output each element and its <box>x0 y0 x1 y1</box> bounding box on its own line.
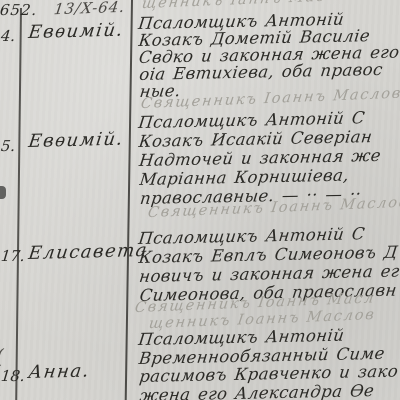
edge-stray-mark: ( <box>0 344 4 368</box>
baptized-name: Евѳимій. <box>27 20 125 44</box>
entry-number: 4. <box>0 27 28 45</box>
table-rule-number-column <box>15 8 21 400</box>
baptized-name: Анна. <box>27 360 91 383</box>
metrical-book-scan-page: ( 652. 13/X-64. щенникъ Іаннъ Мас 4. Евѳ… <box>0 0 400 400</box>
baptized-name: Елисавета <box>27 240 149 264</box>
scan-speck <box>0 186 6 199</box>
entry-counter-annotation: 652. <box>0 1 38 19</box>
entry-number: 5. <box>0 137 28 155</box>
table-rule-text-column <box>125 0 133 400</box>
entry-parents-text: Псаломщикъ Антоній С Козакъ Исаакій Севе… <box>137 107 400 208</box>
entry-parents-text: Псаломщикъ Антоній Временнообязанный Сим… <box>137 325 400 400</box>
baptized-name: Евѳимій. <box>27 129 125 153</box>
entry-number: 17. <box>0 247 28 265</box>
entry-number: 18. <box>0 367 28 385</box>
date-annotation: 13/X-64. <box>53 0 127 18</box>
